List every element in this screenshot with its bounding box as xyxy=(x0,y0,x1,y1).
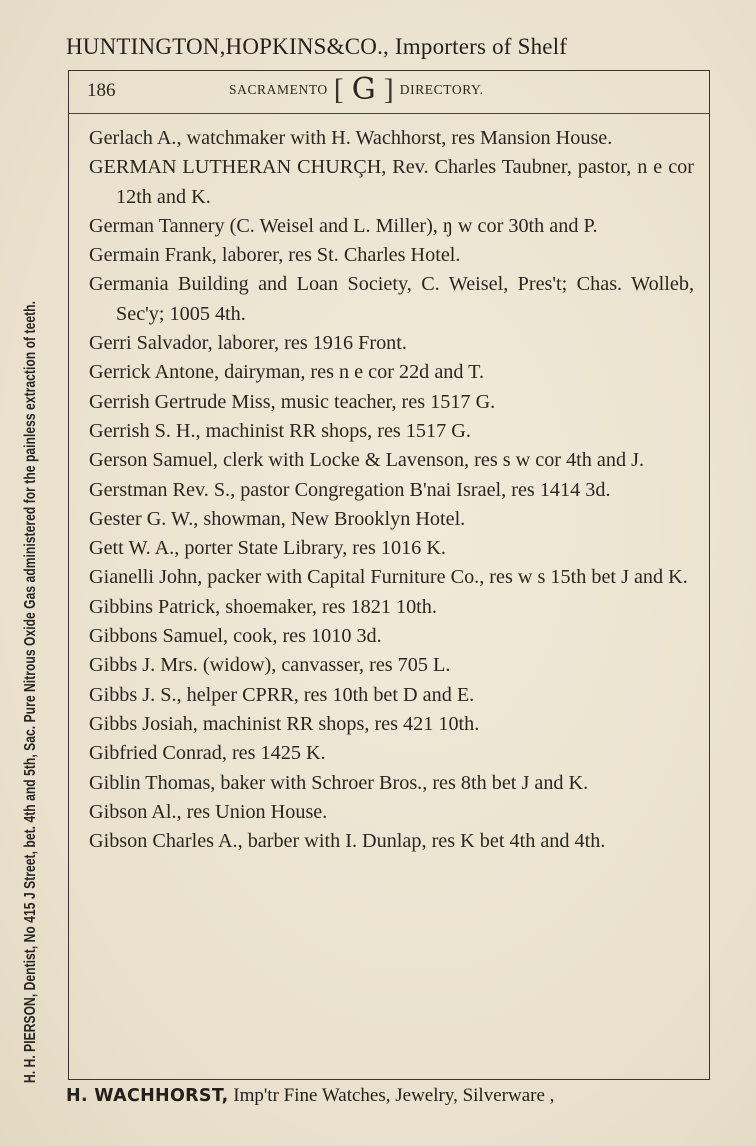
directory-entry: Gester G. W., showman, New Brooklyn Hote… xyxy=(89,505,694,534)
page-number: 186 xyxy=(87,80,116,102)
directory-entry: Gerrick Antone, dairyman, res n e cor 22… xyxy=(89,358,694,387)
side-advertisement: H. H. PIERSON, Dentist, No 415 J Street,… xyxy=(22,287,40,1083)
bottom-advertisement: H. WACHHORST, Imp'tr Fine Watches, Jewel… xyxy=(66,1084,554,1107)
page-header: 186 SACRAMENTO [ G ] DIRECTORY. xyxy=(69,71,709,114)
directory-entry: Gibson Charles A., barber with I. Dunlap… xyxy=(89,827,694,856)
directory-entry: Gerson Samuel, clerk with Locke & Lavens… xyxy=(89,446,694,475)
right-bracket: ] xyxy=(384,75,394,105)
directory-entry: Gianelli John, packer with Capital Furni… xyxy=(89,563,694,592)
directory-page-frame: 186 SACRAMENTO [ G ] DIRECTORY. Gerlach … xyxy=(68,70,710,1080)
directory-entry: Gerrish Gertrude Miss, music teacher, re… xyxy=(89,388,694,417)
city-label: SACRAMENTO xyxy=(229,82,328,98)
directory-entry: Gerri Salvador, laborer, res 1916 Front. xyxy=(89,329,694,358)
directory-entry: Gibbons Samuel, cook, res 1010 3d. xyxy=(89,622,694,651)
directory-entry: Gett W. A., porter State Library, res 10… xyxy=(89,534,694,563)
top-advertisement: HUNTINGTON,HOPKINS&CO., Importers of She… xyxy=(66,34,718,60)
directory-label: DIRECTORY. xyxy=(400,82,484,98)
advertisement-text: Imp'tr Fine Watches, Jewelry, Silverware… xyxy=(229,1085,555,1106)
directory-entry: Gibfried Conrad, res 1425 K. xyxy=(89,739,694,768)
directory-entry: Gibbins Patrick, shoemaker, res 1821 10t… xyxy=(89,593,694,622)
directory-entry: Germain Frank, laborer, res St. Charles … xyxy=(89,241,694,270)
advertiser-name: H. WACHHORST, xyxy=(66,1086,229,1106)
directory-entry: Gerlach A., watchmaker with H. Wachhorst… xyxy=(89,124,694,153)
directory-entry: Gerstman Rev. S., pastor Congregation B'… xyxy=(89,476,694,505)
directory-entry: Gibbs J. Mrs. (widow), canvasser, res 70… xyxy=(89,651,694,680)
directory-entries: Gerlach A., watchmaker with H. Wachhorst… xyxy=(89,124,694,856)
directory-entry: German Tannery (C. Weisel and L. Miller)… xyxy=(89,212,694,241)
directory-entry: Giblin Thomas, baker with Schroer Bros.,… xyxy=(89,769,694,798)
directory-entry: GERMAN LUTHERAN CHURÇH, Rev. Charles Tau… xyxy=(89,153,694,212)
directory-entry: Germania Building and Loan Society, C. W… xyxy=(89,270,694,329)
directory-entry: Gerrish S. H., machinist RR shops, res 1… xyxy=(89,417,694,446)
directory-entry: Gibson Al., res Union House. xyxy=(89,798,694,827)
directory-entry: Gibbs J. S., helper CPRR, res 10th bet D… xyxy=(89,681,694,710)
left-bracket: [ xyxy=(334,75,344,105)
directory-entry: Gibbs Josiah, machinist RR shops, res 42… xyxy=(89,710,694,739)
section-letter: G xyxy=(350,75,378,105)
running-head: SACRAMENTO [ G ] DIRECTORY. xyxy=(229,75,484,105)
